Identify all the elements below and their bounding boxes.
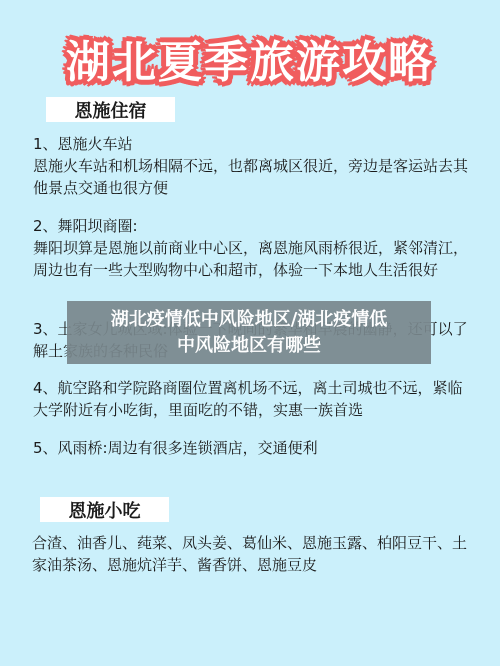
lodging-item-title: 2、舞阳坝商圈: — [33, 215, 473, 237]
snacks-list: 合渣、油香儿、莼菜、凤头姜、葛仙米、恩施玉露、柏阳豆干、土家油茶汤、恩施炕洋芋、… — [32, 532, 472, 576]
lodging-item-5: 5、风雨桥:周边有很多连锁酒店，交通便利 — [33, 437, 473, 459]
lodging-item-title: 5、风雨桥:周边有很多连锁酒店，交通便利 — [33, 437, 473, 459]
lodging-item-title: 1、恩施火车站 — [33, 133, 473, 155]
page-title: 湖北夏季旅游攻略 — [0, 26, 500, 90]
snacks-section-heading: 恩施小吃 — [40, 497, 169, 522]
lodging-item-title: 4、航空路和学院路商圈位置离机场不远，离土司城也不远，紧临大学附近有小吃街，里面… — [33, 377, 473, 421]
lodging-item-body: 恩施火车站和机场相隔不远，也都离城区很近，旁边是客运站去其他景点交通也很方便 — [33, 155, 473, 199]
lodging-item-body: 舞阳坝算是恩施以前商业中心区，离恩施风雨桥很近，紧邻清江，周边也有一些大型购物中… — [33, 237, 473, 281]
caption-line-1: 湖北疫情低中风险地区/湖北疫情低 — [67, 307, 431, 333]
lodging-section-heading: 恩施住宿 — [46, 97, 175, 122]
lodging-item-4: 4、航空路和学院路商圈位置离机场不远，离土司城也不远，紧临大学附近有小吃街，里面… — [33, 377, 473, 421]
caption-line-2: 中风险地区有哪些 — [67, 333, 431, 359]
lodging-item-2: 2、舞阳坝商圈: 舞阳坝算是恩施以前商业中心区，离恩施风雨桥很近，紧邻清江，周边… — [33, 215, 473, 281]
lodging-item-1: 1、恩施火车站 恩施火车站和机场相隔不远，也都离城区很近，旁边是客运站去其他景点… — [33, 133, 473, 199]
caption-overlay: 湖北疫情低中风险地区/湖北疫情低 中风险地区有哪些 — [67, 301, 431, 364]
